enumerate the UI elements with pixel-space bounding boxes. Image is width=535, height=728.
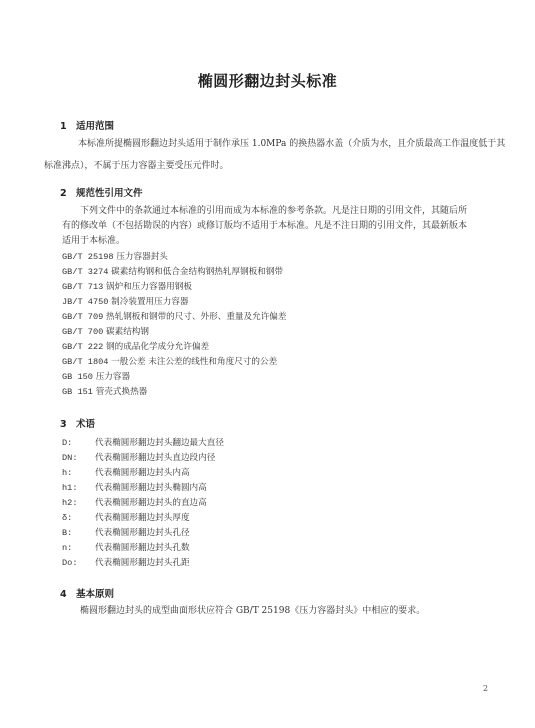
section-title: 术语	[76, 419, 95, 430]
section-2-paragraph-line-3: 适用于本标准。	[62, 235, 125, 248]
reference-item: GB 151 管壳式换热器	[62, 385, 147, 397]
section-1-heading: 1适用范围	[60, 118, 114, 132]
section-number: 2	[60, 188, 76, 199]
reference-item: GB/T 713 锅炉和压力容器用钢板	[62, 280, 192, 292]
term-item: n:代表椭圆形翻边封头孔数	[62, 541, 190, 553]
document-title: 椭圆形翻边封头标准	[0, 70, 535, 91]
reference-item: JB/T 4750 制冷装置用压力容器	[62, 295, 189, 307]
section-title: 适用范围	[76, 121, 114, 132]
section-number: 3	[60, 419, 76, 430]
term-item: h:代表椭圆形翻边封头内高	[62, 466, 190, 478]
reference-item: GB/T 700 碳素结构钢	[62, 325, 149, 337]
reference-item: GB 150 压力容器	[62, 370, 130, 382]
term-item: δ:代表椭圆形翻边封头厚度	[62, 511, 190, 523]
term-item: B:代表椭圆形翻边封头孔径	[62, 526, 190, 538]
reference-item: GB/T 25198 压力容器封头	[62, 250, 168, 262]
term-item: h2:代表椭圆形翻边封头的直边高	[62, 496, 207, 508]
section-1-paragraph-line-2: 标准沸点），不属于压力容器主要受压元件时。	[44, 160, 229, 173]
section-number: 1	[60, 121, 76, 132]
document-page: 椭圆形翻边封头标准 1适用范围 本标准所提椭圆形翻边封头适用于制作承压 1.0M…	[0, 0, 535, 728]
reference-item: GB/T 3274 碳素结构钢和低合金结构钢热轧厚钢板和钢带	[62, 265, 283, 277]
reference-item: GB/T 1804 一般公差 未注公差的线性和角度尺寸的公差	[62, 355, 277, 367]
section-3-heading: 3术语	[60, 416, 95, 430]
section-4-heading: 4基本原则	[60, 586, 114, 600]
page-number: 2	[483, 684, 488, 693]
section-2-paragraph-line-1: 下列文件中的条款通过本标准的引用而成为本标准的参考条款。凡是注日期的引用文件，其…	[80, 205, 467, 218]
term-item: Do:代表椭圆形翻边封头孔距	[62, 556, 190, 568]
section-4-paragraph-line-1: 椭圆形翻边封头的成型曲面形状应符合 GB/T 25198《压力容器封头》中相应的…	[80, 605, 425, 618]
section-title: 基本原则	[76, 589, 114, 600]
term-item: h1:代表椭圆形翻边封头椭圆内高	[62, 481, 207, 493]
section-title: 规范性引用文件	[76, 188, 143, 199]
section-2-heading: 2规范性引用文件	[60, 185, 143, 199]
section-2-paragraph-line-2: 有的修改单（不包括勘误的内容）或修订版均不适用于本标准。凡是不注日期的引用文件，…	[62, 220, 467, 233]
reference-item: GB/T 222 钢的成品化学成分允许偏差	[62, 340, 209, 352]
reference-item: GB/T 709 热轧钢板和钢带的尺寸、外形、重量及允许偏差	[62, 310, 286, 322]
term-item: D:代表椭圆形翻边封头翻边最大直径	[62, 436, 224, 448]
section-1-paragraph-line-1: 本标准所提椭圆形翻边封头适用于制作承压 1.0MPa 的换热器水盖（介质为水，且…	[78, 138, 505, 151]
section-number: 4	[60, 589, 76, 600]
term-item: DN:代表椭圆形翻边封头直边段内径	[62, 451, 215, 463]
